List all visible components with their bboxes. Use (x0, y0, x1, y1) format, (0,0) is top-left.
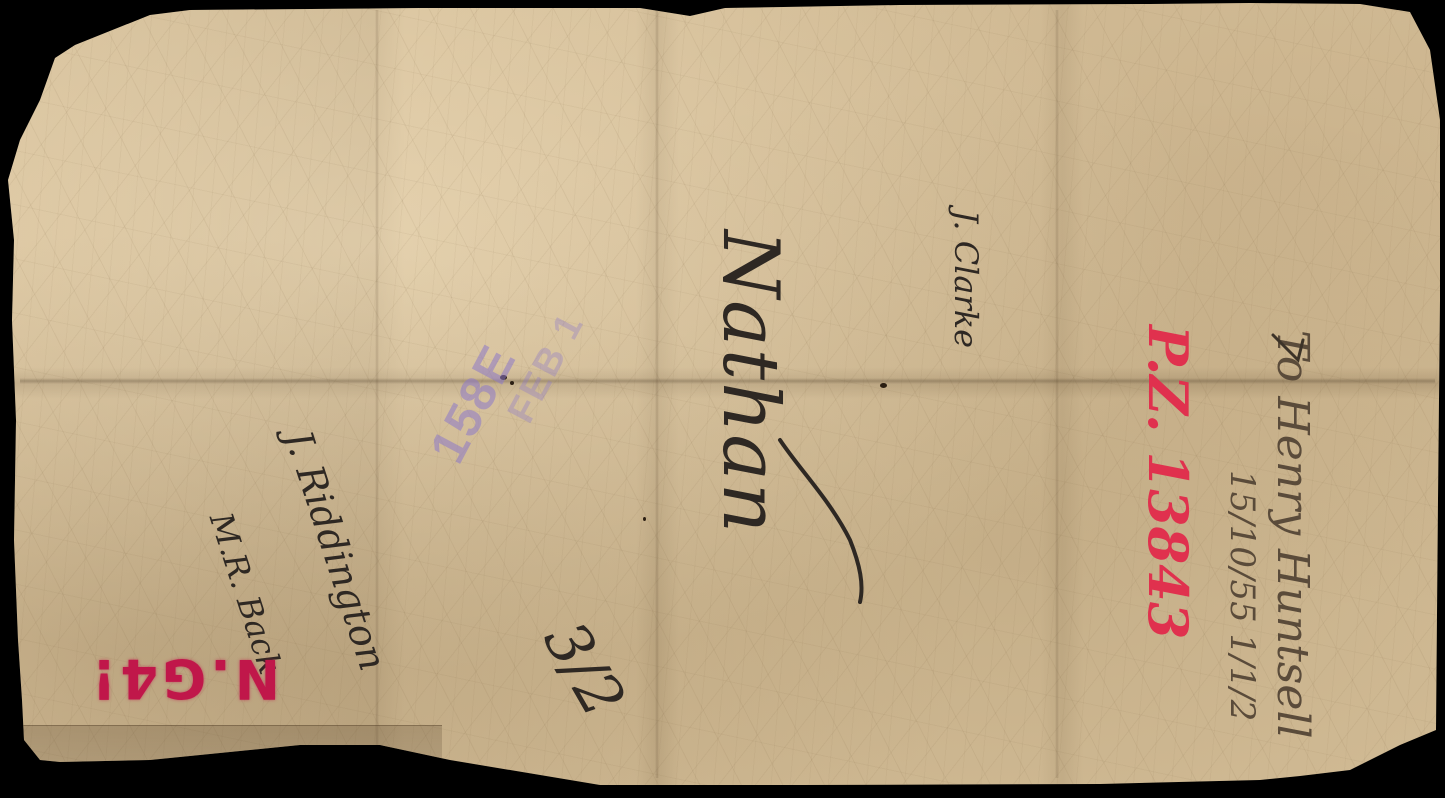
red-serial-number: P.Z. 13843 (1136, 325, 1200, 639)
pin-hole (643, 517, 646, 521)
pin-hole (880, 383, 887, 388)
central-signature: Nathan (705, 230, 795, 535)
endorsement-payee: To Henry Huntsell (1267, 330, 1318, 739)
vertical-fold-line (655, 10, 659, 778)
folded-lower-flap (22, 725, 442, 766)
vertical-fold-line (1055, 10, 1059, 778)
name-clarke: J. Clarke (947, 210, 985, 348)
fraction-mark: 3/2 (529, 610, 638, 729)
document-photo: To Henry Huntsell 15/10/55 1/1/2 P.Z. 13… (0, 0, 1445, 798)
endorsement-date: 15/10/55 1/1/2 (1222, 470, 1262, 721)
paper-sheet: To Henry Huntsell 15/10/55 1/1/2 P.Z. 13… (0, 0, 1445, 798)
red-ink-stamp: N.G4! (88, 647, 280, 710)
name-riddington: J. Riddington (276, 425, 395, 676)
